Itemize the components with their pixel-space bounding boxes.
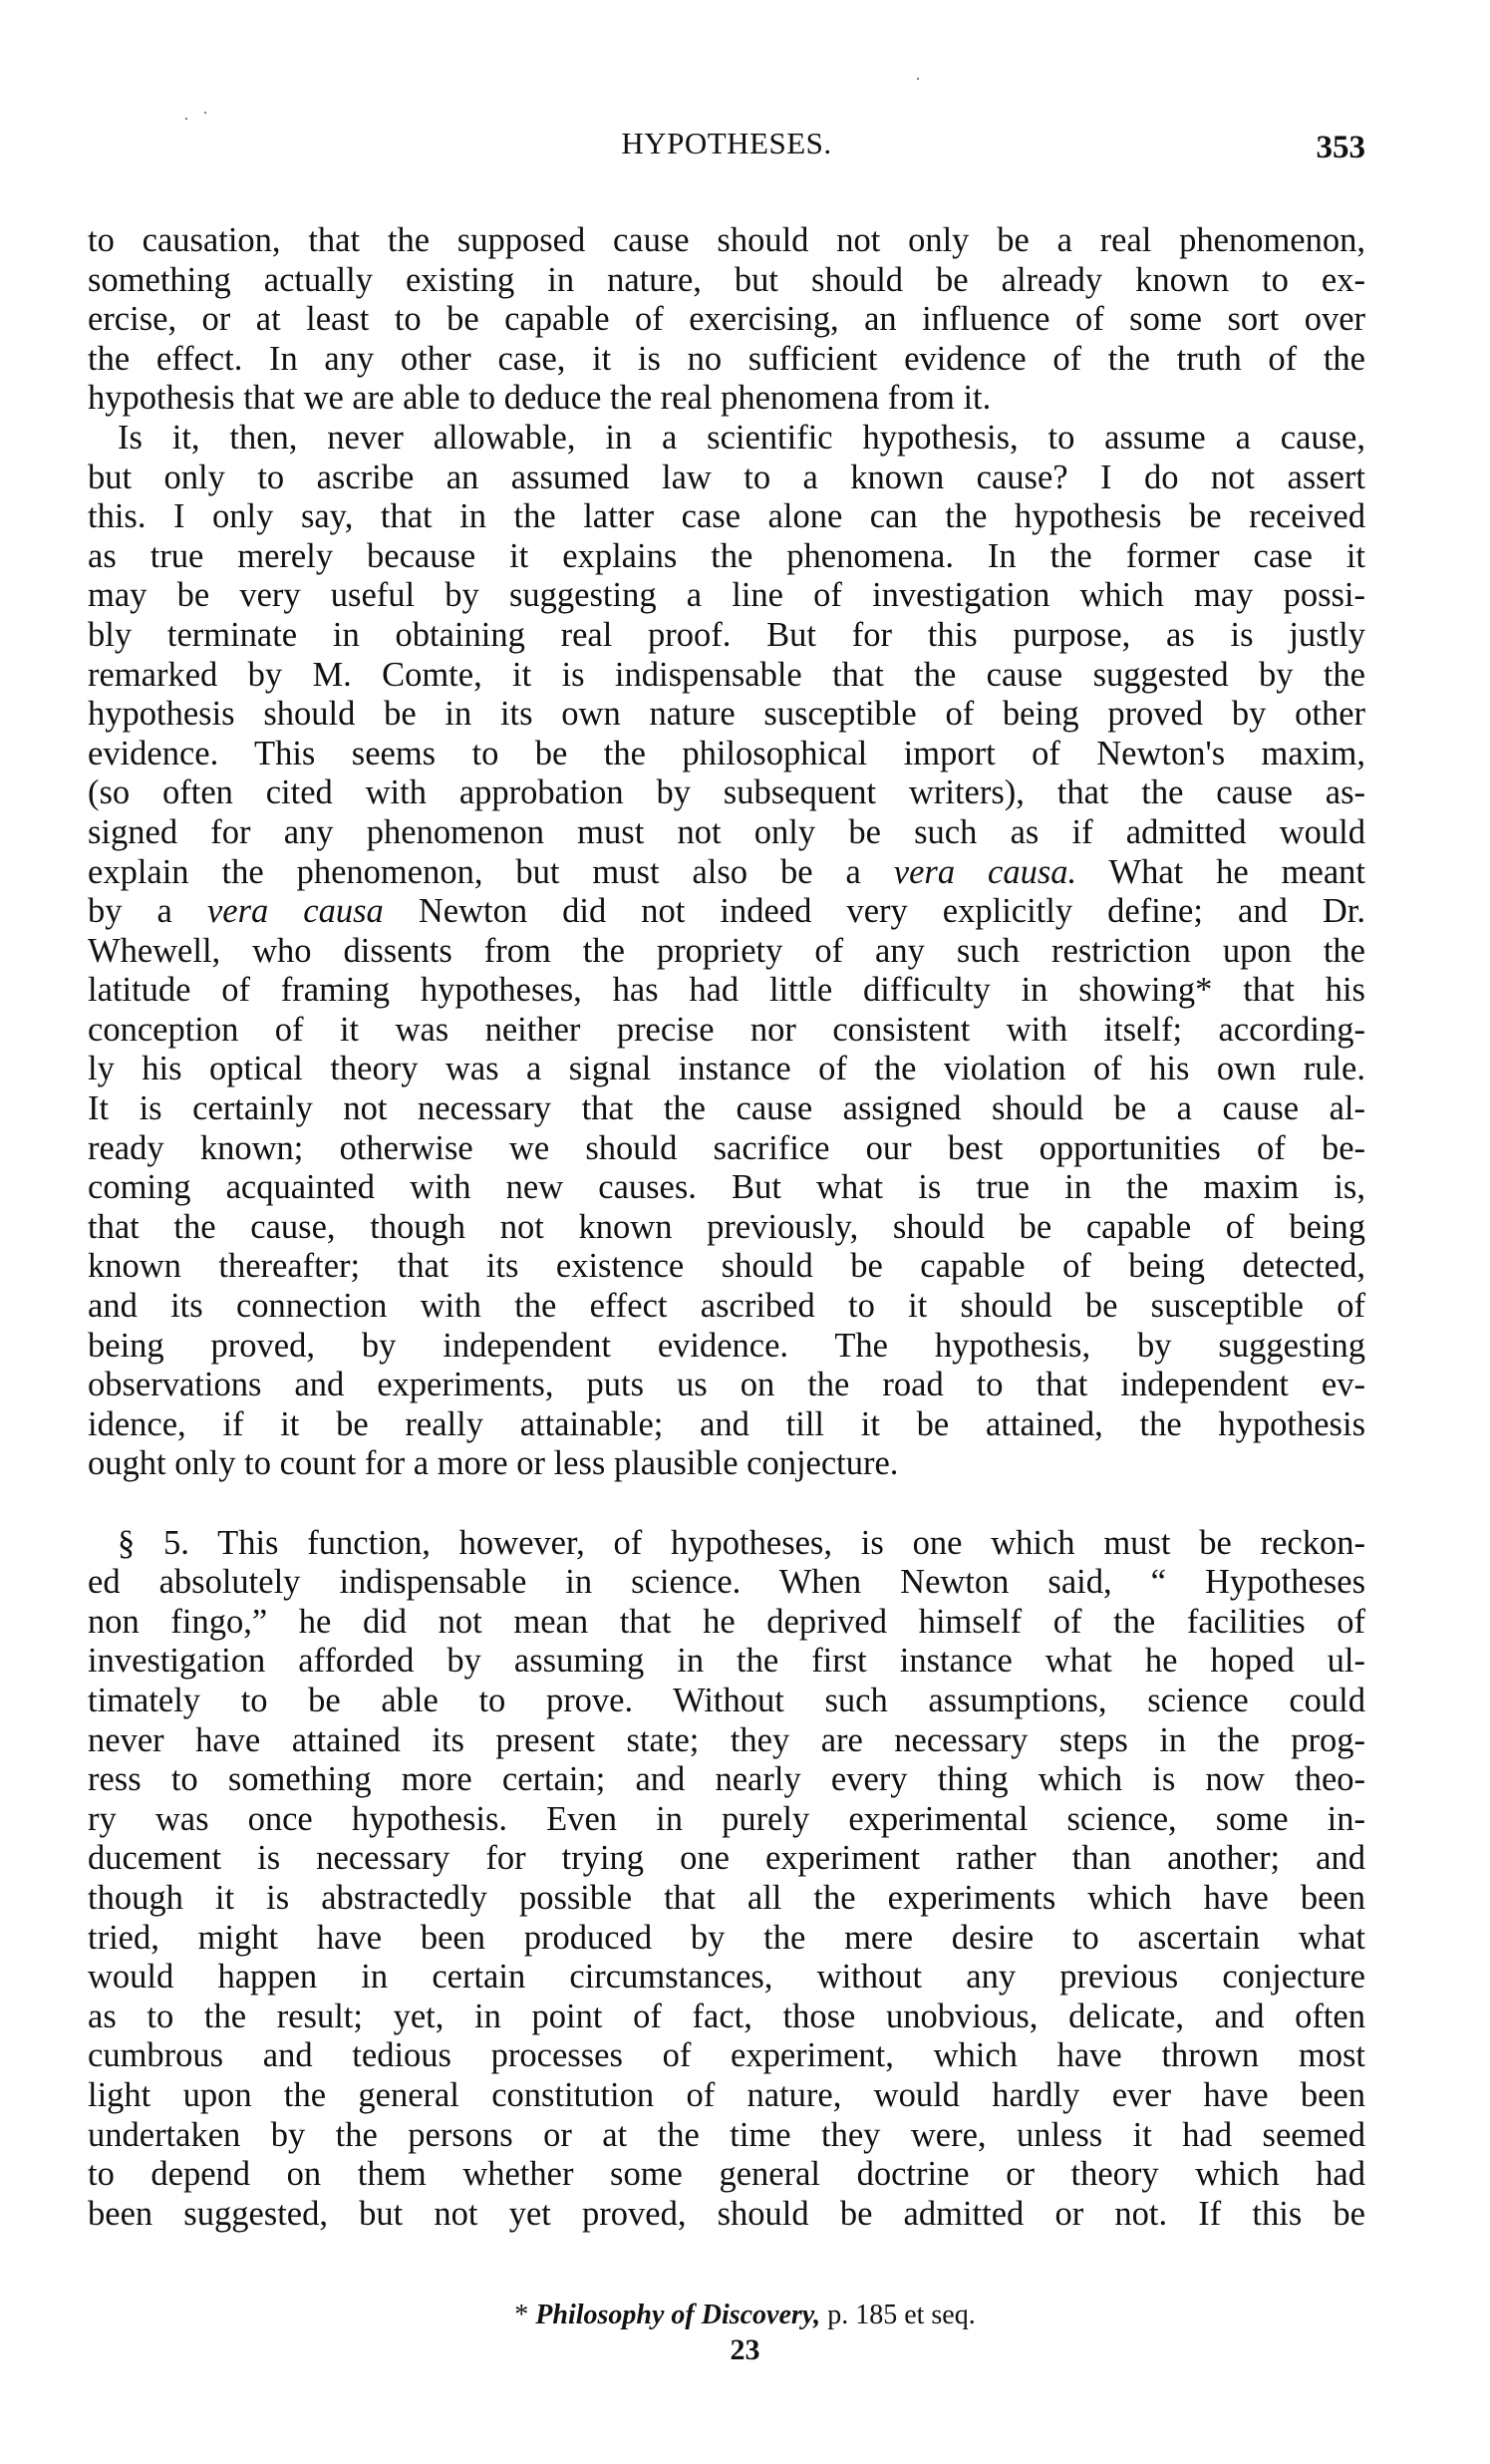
- paragraph-gap: [88, 1484, 1365, 1524]
- text-line: as true merely because it explains the p…: [88, 537, 1365, 577]
- text-line: something actually existing in nature, b…: [88, 261, 1365, 301]
- text-line: to causation, that the supposed cause sh…: [88, 221, 1365, 261]
- text-line: conception of it was neither precise nor…: [88, 1011, 1365, 1051]
- text-line: ed absolutely indispensable in science. …: [88, 1563, 1365, 1603]
- footnote-title: Philosophy of Discovery,: [535, 2300, 820, 2330]
- book-page: HYPOTHESES. 353 to causation, that the s…: [0, 0, 1490, 2464]
- text-line: would happen in certain circumstances, w…: [88, 1958, 1365, 1998]
- text-line: this. I only say, that in the latter cas…: [88, 497, 1365, 537]
- text-line: cumbrous and tedious processes of experi…: [88, 2036, 1365, 2076]
- text-line: never have attained its present state; t…: [88, 1721, 1365, 1761]
- text-line: undertaken by the persons or at the time…: [88, 2116, 1365, 2156]
- text-line: ought only to count for a more or less p…: [88, 1444, 1365, 1484]
- footnote-reference: p. 185 et seq.: [820, 2300, 976, 2330]
- text-line: may be very useful by suggesting a line …: [88, 576, 1365, 616]
- footnote: * Philosophy of Discovery, p. 185 et seq…: [0, 2298, 1490, 2333]
- text-line: ready known; otherwise we should sacrifi…: [88, 1129, 1365, 1169]
- text-line: ly his optical theory was a signal insta…: [88, 1050, 1365, 1089]
- text-line: timately to be able to prove. Without su…: [88, 1682, 1365, 1721]
- text-line: by a vera causa Newton did not indeed ve…: [88, 892, 1365, 932]
- footnote-marker: *: [514, 2300, 528, 2330]
- text-line: tried, might have been produced by the m…: [88, 1919, 1365, 1959]
- text-line: bly terminate in obtaining real proof. B…: [88, 616, 1365, 656]
- text-line: idence, if it be really attainable; and …: [88, 1405, 1365, 1445]
- print-speck: [185, 118, 187, 120]
- text-line: remarked by M. Comte, it is indispensabl…: [88, 656, 1365, 696]
- text-line: known thereafter; that its existence sho…: [88, 1247, 1365, 1287]
- page-number: 353: [1317, 128, 1366, 167]
- text-line: coming acquainted with new causes. But w…: [88, 1168, 1365, 1208]
- text-line: light upon the general constitution of n…: [88, 2076, 1365, 2116]
- line-text: explain the phenomenon, but must also be…: [88, 853, 894, 891]
- text-line: observations and experiments, puts us on…: [88, 1366, 1365, 1405]
- text-line: hypothesis should be in its own nature s…: [88, 695, 1365, 735]
- text-line: non fingo,” he did not mean that he depr…: [88, 1603, 1365, 1643]
- text-line: latitude of framing hypotheses, has had …: [88, 971, 1365, 1011]
- running-title: HYPOTHESES.: [88, 124, 1365, 163]
- print-speck: [917, 78, 919, 80]
- text-line: ducement is necessary for trying one exp…: [88, 1839, 1365, 1879]
- text-line: It is certainly not necessary that the c…: [88, 1089, 1365, 1129]
- text-line: Whewell, who dissents from the propriety…: [88, 932, 1365, 972]
- text-line: explain the phenomenon, but must also be…: [88, 853, 1365, 893]
- line-text: by a: [88, 892, 207, 930]
- text-line: signed for any phenomenon must not only …: [88, 813, 1365, 853]
- text-line: § 5. This function, however, of hypothes…: [88, 1524, 1365, 1564]
- text-line: though it is abstractedly possible that …: [88, 1879, 1365, 1919]
- text-line: evidence. This seems to be the philosoph…: [88, 735, 1365, 774]
- text-line: been suggested, but not yet proved, shou…: [88, 2195, 1365, 2235]
- text-line: as to the result; yet, in point of fact,…: [88, 1998, 1365, 2037]
- paragraph-2: Is it, then, never allowable, in a scien…: [88, 419, 1365, 1484]
- text-line: being proved, by independent evidence. T…: [88, 1327, 1365, 1367]
- text-line: ry was once hypothesis. Even in purely e…: [88, 1800, 1365, 1840]
- text-line: and its connection with the effect ascri…: [88, 1287, 1365, 1327]
- text-line: Is it, then, never allowable, in a scien…: [88, 419, 1365, 459]
- line-text: What he meant: [1076, 853, 1365, 891]
- text-line: that the cause, though not known previou…: [88, 1208, 1365, 1248]
- body-text: to causation, that the supposed cause sh…: [88, 221, 1365, 2234]
- italic-term: vera causa.: [894, 853, 1076, 891]
- text-line: but only to ascribe an assumed law to a …: [88, 459, 1365, 498]
- text-line: hypothesis that we are able to deduce th…: [88, 379, 1365, 419]
- section-5-paragraph: § 5. This function, however, of hypothes…: [88, 1524, 1365, 2235]
- text-line: ercise, or at least to be capable of exe…: [88, 300, 1365, 340]
- italic-term: vera causa: [207, 892, 384, 930]
- text-line: the effect. In any other case, it is no …: [88, 340, 1365, 380]
- text-line: ress to something more certain; and near…: [88, 1760, 1365, 1800]
- signature-mark: 23: [0, 2332, 1490, 2368]
- line-text: Newton did not indeed very explicitly de…: [384, 892, 1365, 930]
- paragraph-1: to causation, that the supposed cause sh…: [88, 221, 1365, 419]
- text-line: to depend on them whether some general d…: [88, 2155, 1365, 2195]
- running-head: HYPOTHESES. 353: [88, 124, 1365, 163]
- print-speck: [204, 112, 206, 114]
- text-line: investigation afforded by assuming in th…: [88, 1642, 1365, 1682]
- text-line: (so often cited with approbation by subs…: [88, 773, 1365, 813]
